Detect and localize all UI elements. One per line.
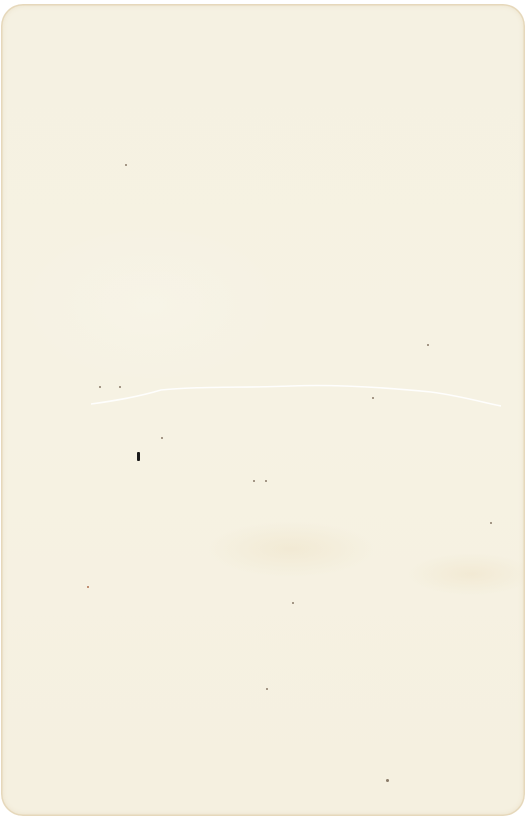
speck: [292, 602, 294, 604]
paper-crease: [91, 382, 501, 412]
blank-card: [1, 4, 525, 816]
speck: [372, 397, 374, 399]
speck: [386, 779, 389, 782]
speck: [119, 386, 121, 388]
speck: [161, 437, 163, 439]
speck: [87, 586, 89, 588]
speck: [490, 522, 492, 524]
speck: [99, 386, 101, 388]
speck: [265, 480, 267, 482]
speck: [427, 344, 429, 346]
speck: [125, 164, 127, 166]
speck: [253, 480, 255, 482]
ink-mark: [137, 452, 140, 461]
speck: [266, 688, 268, 690]
